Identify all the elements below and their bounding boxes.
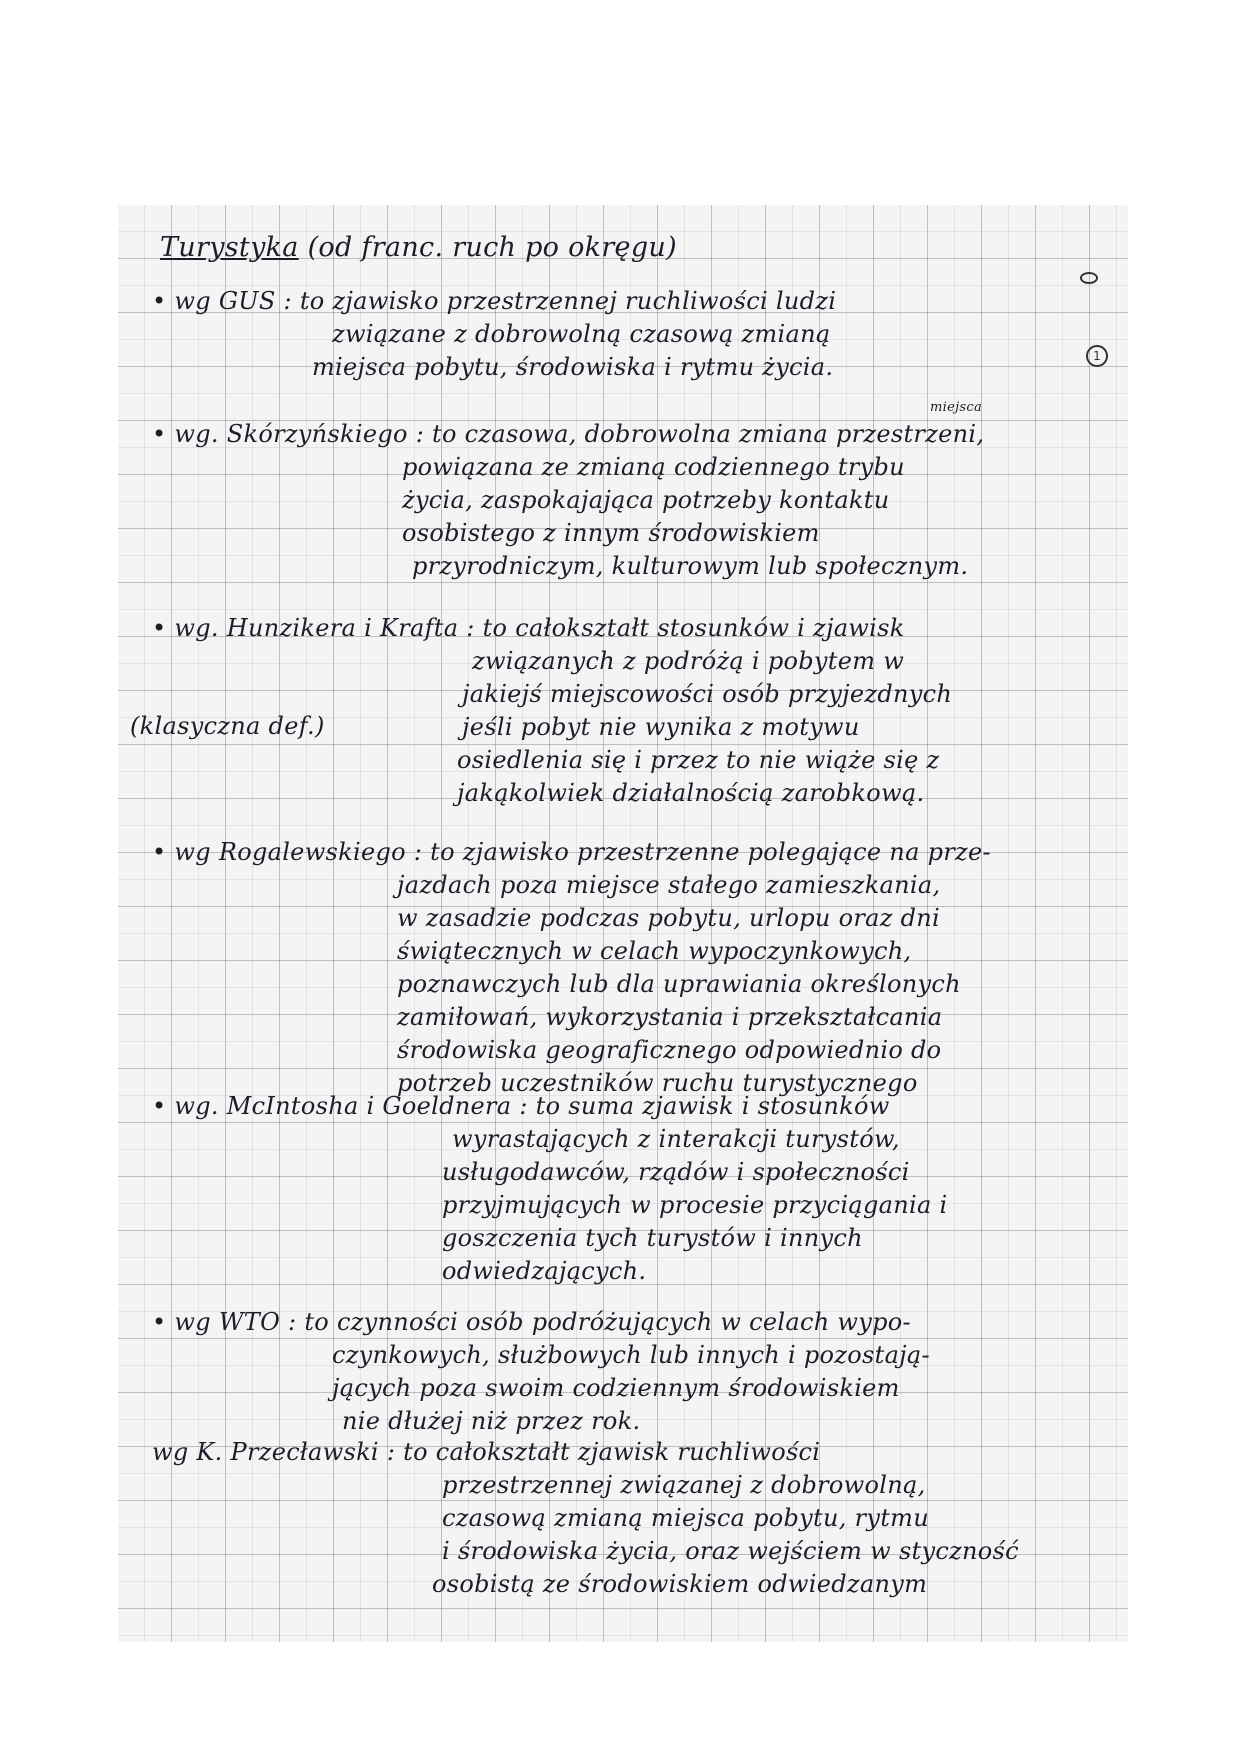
definition-line: zamiłowań, wykorzystania i przekształcan… — [397, 1001, 991, 1034]
definition-line: odwiedzających. — [442, 1255, 947, 1288]
definition-line: przyrodniczym, kulturowym lub społecznym… — [412, 550, 984, 583]
page-title: Turystyka (od franc. ruch po okręgu) — [160, 232, 677, 263]
definition-line: związanych z podróżą i pobytem w — [472, 645, 952, 678]
definition-author: • wg. McIntosha i Goeldnera : — [152, 1092, 528, 1120]
definition-line: czynkowych, służbowych lub innych i pozo… — [332, 1339, 930, 1372]
definition-line: osobistego z innym środowiskiem — [402, 517, 984, 550]
definition-hunziker-krapf: • wg. Hunzikera i Krafta : to całokształ… — [152, 612, 952, 810]
definition-line: wyrastających z interakcji turystów, — [452, 1123, 947, 1156]
definition-line: to czasowa, dobrowolna zmiana przestrzen… — [432, 420, 984, 448]
definition-line: jakiejś miejscowości osób przyjezdnych — [462, 678, 952, 711]
definition-skorzynski: • wg. Skórzyńskiego : to czasowa, dobrow… — [152, 418, 984, 583]
definition-line: to czynności osób podróżujących w celach… — [304, 1308, 911, 1336]
insert-note: miejsca — [930, 400, 982, 415]
margin-circle-mark — [1080, 272, 1098, 284]
definition-line: przestrzennej związanej z dobrowolną, — [442, 1469, 1019, 1502]
page-number-mark: 1 — [1086, 345, 1108, 367]
definition-author: • wg. Skórzyńskiego : — [152, 420, 424, 448]
definition-line: jakąkolwiek działalnością zarobkową. — [457, 777, 952, 810]
title-word: Turystyka — [160, 232, 299, 263]
definition-line: jących poza swoim codziennym środowiskie… — [332, 1372, 930, 1405]
title-note: (od franc. ruch po okręgu) — [308, 232, 677, 263]
definition-line: to całokształt stosunków i zjawisk — [483, 614, 905, 642]
definition-rogalewski: • wg Rogalewskiego : to zjawisko przestr… — [152, 836, 991, 1100]
definition-line: jazdach poza miejsce stałego zamieszkani… — [397, 869, 991, 902]
definition-line: goszczenia tych turystów i innych — [442, 1222, 947, 1255]
definition-line: osiedlenia się i przez to nie wiąże się … — [457, 744, 952, 777]
definition-author: • wg. Hunzikera i Krafta : — [152, 614, 475, 642]
definition-line: świątecznych w celach wypoczynkowych, — [397, 935, 991, 968]
definition-line: związane z dobrowolną czasową zmianą — [332, 318, 836, 351]
definition-line: to zjawisko przestrzenne polegające na p… — [430, 838, 991, 866]
definition-line: przyjmujących w procesie przyciągania i — [442, 1189, 947, 1222]
definition-line: nie dłużej niż przez rok. — [342, 1405, 930, 1438]
definition-wto: • wg WTO : to czynności osób podróżujący… — [152, 1306, 930, 1438]
definition-mcintosh-goeldner: • wg. McIntosha i Goeldnera : to suma zj… — [152, 1090, 947, 1288]
definition-line: miejsca pobytu, środowiska i rytmu życia… — [312, 351, 836, 384]
definition-line: to zjawisko przestrzennej ruchliwości lu… — [300, 287, 836, 315]
definition-line: osobistą ze środowiskiem odwiedzanym — [432, 1568, 1019, 1601]
definition-author: wg K. Przecławski : — [152, 1438, 395, 1466]
definition-line: i środowiska życia, oraz wejściem w styc… — [442, 1535, 1019, 1568]
definition-line: powiązana ze zmianą codziennego trybu — [402, 451, 984, 484]
definition-line: życia, zaspokajająca potrzeby kontaktu — [402, 484, 984, 517]
definition-author: • wg WTO : — [152, 1308, 296, 1336]
definition-line: to całokształt zjawisk ruchliwości — [403, 1438, 820, 1466]
side-note-classic-definition: (klasyczna def.) — [130, 712, 325, 740]
definition-line: poznawczych lub dla uprawiania określony… — [397, 968, 991, 1001]
definition-line: środowiska geograficznego odpowiednio do — [397, 1034, 991, 1067]
definition-line: w zasadzie podczas pobytu, urlopu oraz d… — [397, 902, 991, 935]
definition-gus: • wg GUS : to zjawisko przestrzennej ruc… — [152, 285, 836, 384]
definition-line: czasową zmianą miejsca pobytu, rytmu — [442, 1502, 1019, 1535]
definition-author: • wg Rogalewskiego : — [152, 838, 422, 866]
definition-przeclawski: wg K. Przecławski : to całokształt zjawi… — [152, 1436, 1019, 1601]
definition-author: • wg GUS : — [152, 287, 292, 315]
definition-line: jeśli pobyt nie wynika z motywu — [462, 711, 952, 744]
definition-line: usługodawców, rządów i społeczności — [442, 1156, 947, 1189]
definition-line: to suma zjawisk i stosunków — [536, 1092, 890, 1120]
